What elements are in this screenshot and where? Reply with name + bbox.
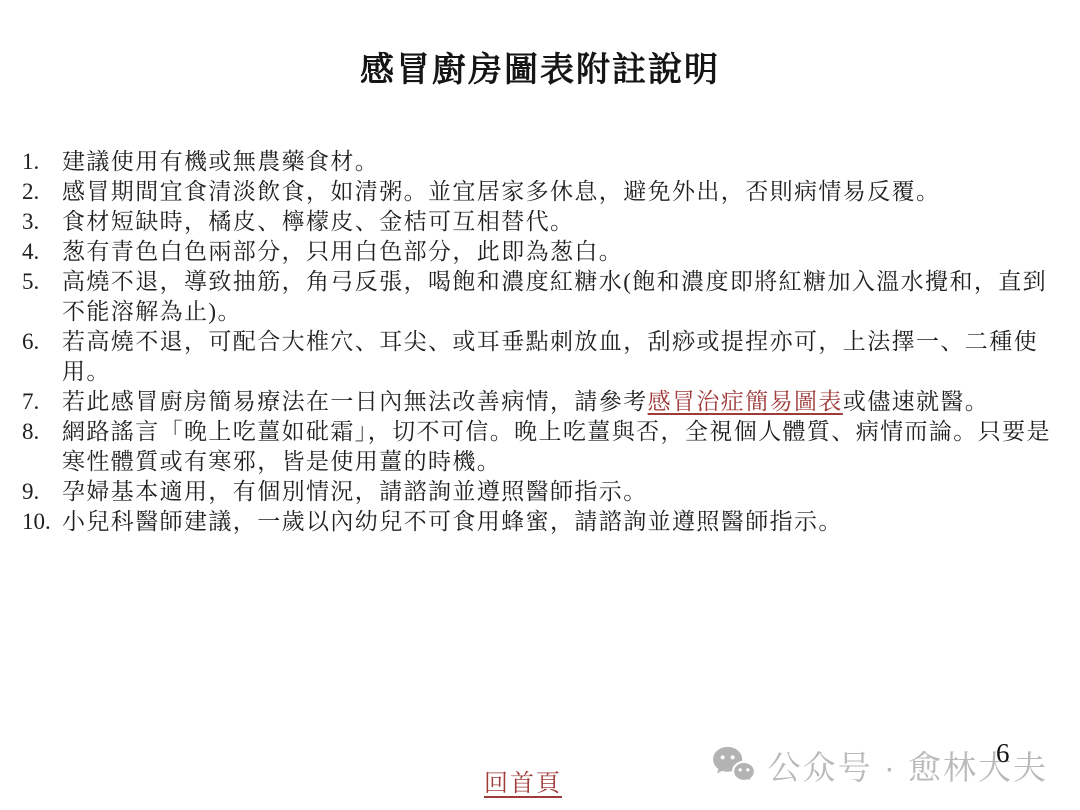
note-text-segment: 不能溶解為止)。 [62,299,242,324]
note-item-1: 1.建議使用有機或無農藥食材。 [22,147,1066,177]
note-text-segment: 小兒科醫師建議，一歲以內幼兒不可食用蜂蜜，請諮詢並遵照醫師指示。 [62,509,843,534]
note-number: 4. [22,237,62,267]
note-text: 建議使用有機或無農藥食材。 [62,147,1066,177]
note-item-2: 2.感冒期間宜食清淡飲食，如清粥。並宜居家多休息，避免外出，否則病情易反覆。 [22,177,1066,207]
note-number: 8. [22,417,62,447]
note-text-segment: 網路謠言「晚上吃薑如砒霜」，切不可信。晚上吃薑與否，全視個人體質、病情而論。只要… [62,419,1051,444]
page-number: 6 [996,738,1010,769]
note-number: 2. [22,177,62,207]
slide: 感冒廚房圖表附註說明 1.建議使用有機或無農藥食材。2.感冒期間宜食清淡飲食，如… [0,0,1080,810]
note-text-segment: 食材短缺時，橘皮、檸檬皮、金桔可互相替代。 [62,209,574,234]
note-text-segment: 或儘速就醫。 [843,389,989,414]
note-text: 網路謠言「晚上吃薑如砒霜」，切不可信。晚上吃薑與否，全視個人體質、病情而論。只要… [62,417,1066,477]
note-number: 9. [22,477,62,507]
note-text-segment: 葱有青色白色兩部分，只用白色部分，此即為葱白。 [62,239,623,264]
note-item-4: 4.葱有青色白色兩部分，只用白色部分，此即為葱白。 [22,237,1066,267]
note-text: 小兒科醫師建議，一歲以內幼兒不可食用蜂蜜，請諮詢並遵照醫師指示。 [62,507,1066,537]
note-text: 感冒期間宜食清淡飲食，如清粥。並宜居家多休息，避免外出，否則病情易反覆。 [62,177,1066,207]
note-text: 食材短缺時，橘皮、檸檬皮、金桔可互相替代。 [62,207,1066,237]
slide-title: 感冒廚房圖表附註說明 [0,42,1080,91]
note-text: 若此感冒廚房簡易療法在一日內無法改善病情，請參考感冒治症簡易圖表或儘速就醫。 [62,387,1066,417]
note-number: 3. [22,207,62,237]
note-number: 6. [22,327,62,357]
note-text-segment: 孕婦基本適用，有個別情況，請諮詢並遵照醫師指示。 [62,479,648,504]
note-item-10: 10.小兒科醫師建議，一歲以內幼兒不可食用蜂蜜，請諮詢並遵照醫師指示。 [22,507,1066,537]
note-number: 7. [22,387,62,417]
note-item-8: 8.網路謠言「晚上吃薑如砒霜」，切不可信。晚上吃薑與否，全視個人體質、病情而論。… [22,417,1066,477]
note-number: 10. [22,507,62,537]
home-link[interactable]: 回首頁 [484,763,562,798]
note-number: 5. [22,267,62,297]
note-text: 若高燒不退，可配合大椎穴、耳尖、或耳垂點刺放血，刮痧或提捏亦可，上法擇一、二種使… [62,327,1066,387]
note-text-segment: 感冒期間宜食清淡飲食，如清粥。並宜居家多休息，避免外出，否則病情易反覆。 [62,179,940,204]
note-item-6: 6.若高燒不退，可配合大椎穴、耳尖、或耳垂點刺放血，刮痧或提捏亦可，上法擇一、二… [22,327,1066,387]
notes-list: 1.建議使用有機或無農藥食材。2.感冒期間宜食清淡飲食，如清粥。並宜居家多休息，… [22,147,1066,537]
note-item-7: 7.若此感冒廚房簡易療法在一日內無法改善病情，請參考感冒治症簡易圖表或儘速就醫。 [22,387,1066,417]
note-text: 孕婦基本適用，有個別情況，請諮詢並遵照醫師指示。 [62,477,1066,507]
wechat-icon [712,746,756,786]
note-text: 高燒不退，導致抽筋，角弓反張，喝飽和濃度紅糖水(飽和濃度即將紅糖加入溫水攪和，直… [62,267,1066,327]
note-item-3: 3.食材短缺時，橘皮、檸檬皮、金桔可互相替代。 [22,207,1066,237]
note-text-segment: 建議使用有機或無農藥食材。 [62,149,379,174]
note-text: 葱有青色白色兩部分，只用白色部分，此即為葱白。 [62,237,1066,267]
note-text-segment: 若高燒不退，可配合大椎穴、耳尖、或耳垂點刺放血，刮痧或提捏亦可，上法擇一、二種使… [62,329,1038,384]
note-item-5: 5.高燒不退，導致抽筋，角弓反張，喝飽和濃度紅糖水(飽和濃度即將紅糖加入溫水攪和… [22,267,1066,327]
note-text-segment: 寒性體質或有寒邪，皆是使用薑的時機。 [62,449,501,474]
inline-link-chart[interactable]: 感冒治症簡易圖表 [648,389,843,414]
note-text-segment: 若此感冒廚房簡易療法在一日內無法改善病情，請參考 [62,389,648,414]
note-item-9: 9.孕婦基本適用，有個別情況，請諮詢並遵照醫師指示。 [22,477,1066,507]
note-text-segment: 高燒不退，導致抽筋，角弓反張，喝飽和濃度紅糖水(飽和濃度即將紅糖加入溫水攪和，直… [62,269,1047,294]
note-number: 1. [22,147,62,177]
